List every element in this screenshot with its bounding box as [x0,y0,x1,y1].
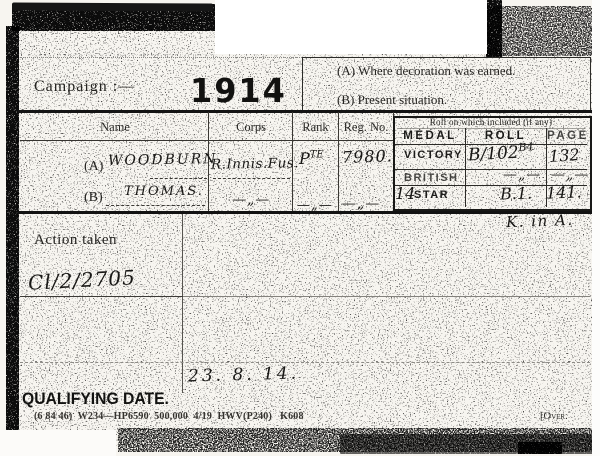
row-b-regno-ditto: —„— [342,196,380,212]
dash-fill-corps [213,178,290,179]
soldier-forename: Thomas. [124,184,204,199]
column-header-regno: Reg. No. [339,120,393,135]
row-b-label: (B) [84,190,103,206]
medal-row-star-roll: B.1. [500,183,533,203]
medal-row-star-label: STAR [414,189,449,201]
killed-in-action-note: K. in A. [506,211,574,231]
medal-box-note: Roll on which included (if any) [394,117,588,127]
medal-box-header-medal: MEDAL [396,130,464,142]
column-header-rank: Rank [293,120,338,135]
medal-index-card: Campaign :— 1914 (A) Where decoration wa… [0,0,600,456]
soldier-corps: R.Innis.Fus. [211,155,299,173]
column-header-name: Name [60,120,170,135]
qualifying-date-label: QUALIFYING DATE. [22,390,169,409]
medal-row-victory-label: VICTORY [404,149,463,161]
medal-row-star-page: 141. [546,182,582,202]
victory-roll-main: B/102 [468,143,520,166]
over-note: [Over. [540,411,568,422]
row-b-corps-ditto: —„— [232,192,270,208]
action-taken-label: Action taken [34,232,117,249]
medal-row-victory-page: 132 [548,145,580,166]
row-a-label: (A) [84,159,103,175]
legend-present-situation: (B) Present situation. [337,92,447,108]
victory-roll-sup: B4 [518,140,534,154]
legend-where-earned: (A) Where decoration was earned. [337,63,515,79]
campaign-label: Campaign :— [34,78,135,96]
medal-box-note-rule [397,128,585,129]
medal-row-british-page-ditto: —„— [551,167,589,183]
rank-sup: TE [310,150,324,161]
action-section-divider [182,214,183,393]
medal-row-victory-roll: B/102B4 [467,140,534,165]
rule-under-campaign [18,110,592,113]
dash-fill-surname [150,178,207,179]
medal-box-header-page: PAGE [547,130,588,142]
soldier-regimental-number: 7980. [342,146,393,167]
scan-edge-bar [12,2,213,11]
action-rule-1-dark [20,296,183,298]
scan-right-margin [592,0,600,456]
soldier-surname: Woodburn. [108,151,223,169]
rank-main: P [299,149,310,168]
qualifying-date-value: 23. 8. 14. [188,364,300,387]
printer-code: (6 84 46) W234—HP6590 500,000 4/19 HWV(P… [34,411,304,422]
action-rule-2 [20,362,590,363]
column-header-corps: Corps [210,120,292,135]
dash-fill-row-b [106,205,205,206]
medal-row-star-prefix: 14 [395,184,415,203]
action-reference: Cl/2/2705 [27,265,136,295]
scan-white-gap [215,0,487,54]
medal-row-british-roll-ditto: —„— [503,167,541,183]
campaign-year: 1914 [190,71,287,110]
row-b-rank-ditto: —„— [297,198,333,213]
soldier-rank: PTE [299,149,324,168]
scan-bottom-left-margin [0,430,116,456]
medal-row-british-label: BRITISH [404,172,459,184]
